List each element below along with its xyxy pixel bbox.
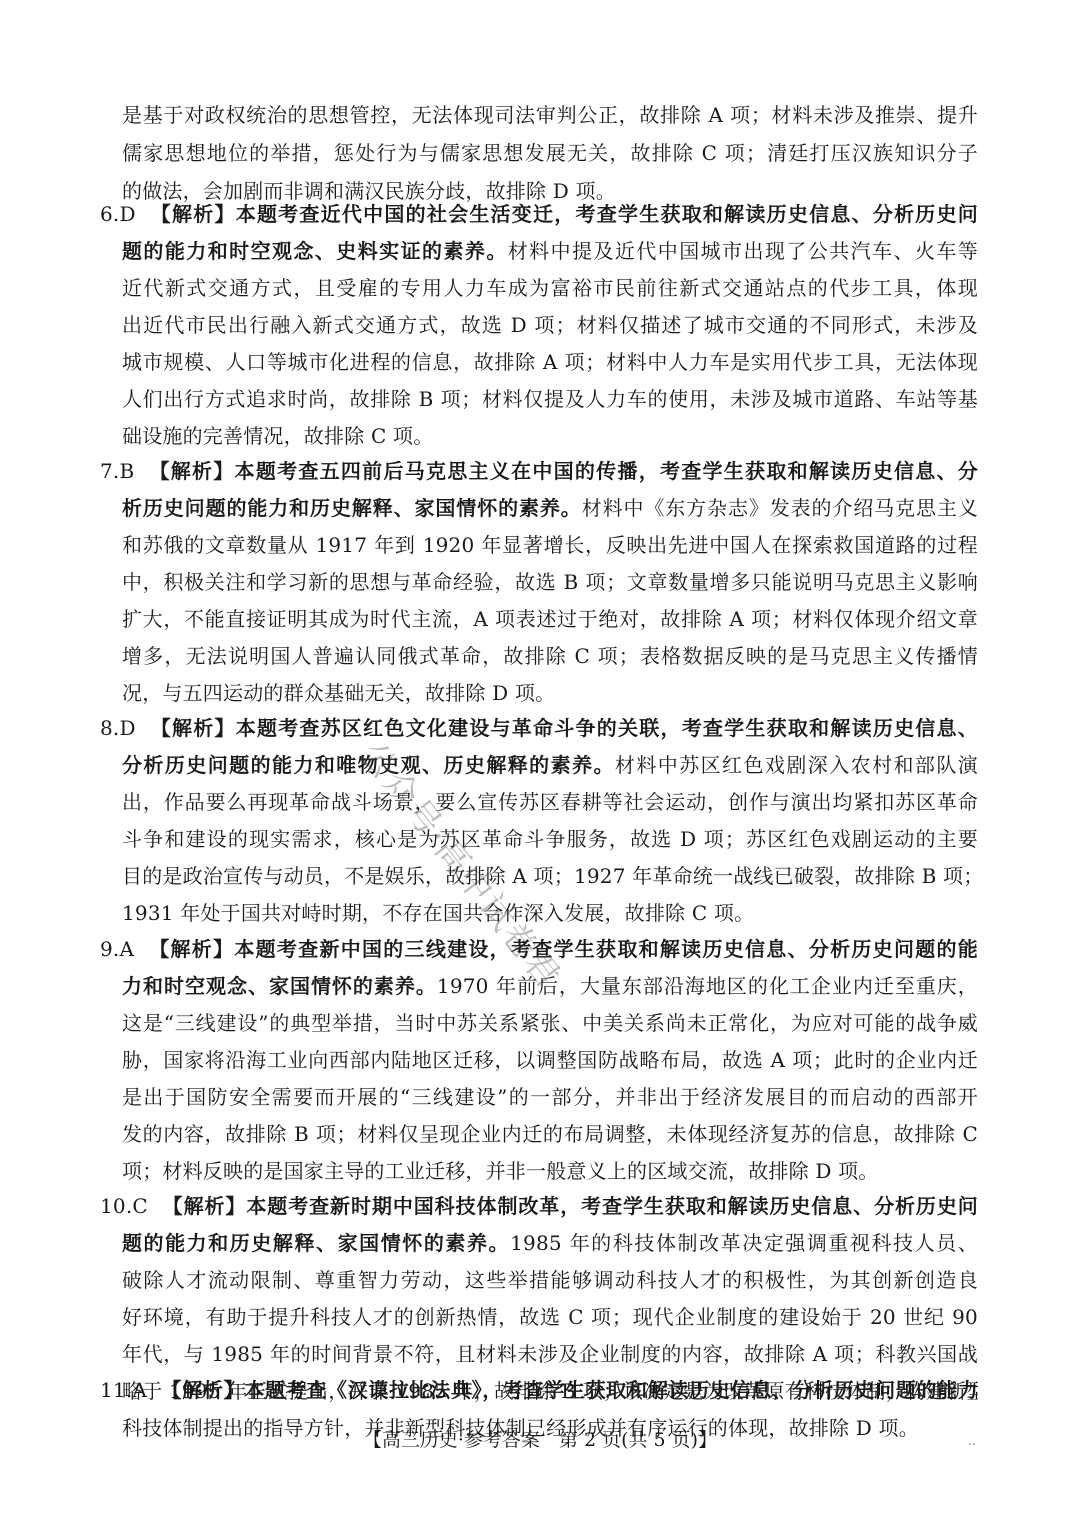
text-line: 中，积极关注和学习新的思想与革命经验，故选 B 项；文章数量增多只能说明马克思主… [122, 570, 978, 596]
text-line: 近代新式交通方式，且受雇的专用人力车成为富裕市民前往新式交通站点的代步工具，体现 [122, 276, 978, 302]
text-line: 力和时空观念、家国情怀的素养。1970 年前后，大量东部沿海地区的化工企业内迁至… [122, 974, 978, 1000]
analysis-text: 1970 年前后，大量东部沿海地区的化工企业内迁至重庆， [437, 974, 978, 998]
text-line: 增多，无法说明国人普遍认同俄式革命，故排除 C 项；表格数据反映的是马克思主义传… [122, 644, 978, 670]
analysis-text: 1985 年的科技体制改革决定强调重视科技人员、 [510, 1231, 978, 1255]
text-line: 发的内容，故排除 B 项；材料仅呈现企业内迁的布局调整，未体现经济复苏的信息，故… [122, 1122, 978, 1148]
answer-item-7-head: 7.B【解析】本题考查五四前后马克思主义在中国的传播，考查学生获取和解读历史信息… [100, 459, 978, 485]
text-line: 好环境，有助于提升科技人才的创新热情，故选 C 项；现代企业制度的建设始于 20… [122, 1305, 978, 1331]
answer-number: 8.D [100, 716, 136, 740]
text-line: 是出于国防安全需要而开展的“三线建设”的一部分，并非出于经济发展目的而启动的西部… [122, 1085, 978, 1111]
analysis-heading-cont: 分析历史问题的能力和唯物史观、历史解释的素养。 [122, 753, 615, 777]
document-page: 是基于对政权统治的思想管控，无法体现司法审判公正，故排除 A 项；材料未涉及推崇… [0, 0, 1080, 1527]
answer-item-11-head: 11.A【解析】本题考查《汉谟拉比法典》，考查学生获取和解读历史信息、分析历史问… [100, 1378, 978, 1404]
analysis-heading: 【解析】本题考查新中国的三线建设，考查学生获取和解读历史信息、分析历史问题的能 [148, 937, 978, 961]
text-line: 题的能力和时空观念、史料实证的素养。材料中提及近代中国城市出现了公共汽车、火车等 [122, 239, 978, 265]
page-footer: 【高三历史·参考答案 第 2 页(共 5 页)】 [0, 1428, 1080, 1452]
text-line: 破除人才流动限制、尊重智力劳动，这些举措能够调动科技人才的积极性，为其创新创造良 [122, 1268, 978, 1294]
text-line: 分析历史问题的能力和唯物史观、历史解释的素养。材料中苏区红色戏剧深入农村和部队演 [122, 753, 978, 779]
analysis-text: 材料中《东方杂志》发表的介绍马克思主义 [582, 496, 978, 520]
text-line: 这是“三线建设”的典型举措，当时中苏关系紧张、中美关系尚未正常化，为应对可能的战… [122, 1011, 978, 1037]
analysis-heading: 【解析】本题考查五四前后马克思主义在中国的传播，考查学生获取和解读历史信息、分 [148, 459, 978, 483]
analysis-heading: 【解析】本题考查《汉谟拉比法典》，考查学生获取和解读历史信息、分析历史问题的能力 [161, 1378, 978, 1402]
text-line: 人们出行方式追求时尚，故排除 B 项；材料仅提及人力车的使用，未涉及城市道路、车… [122, 387, 978, 413]
text-line: 题的能力和历史解释、家国情怀的素养。1985 年的科技体制改革决定强调重视科技人… [122, 1231, 978, 1257]
analysis-heading-cont: 题的能力和时空观念、史料实证的素养。 [122, 239, 508, 263]
answer-number: 11.A [100, 1378, 147, 1402]
answer-number: 9.A [100, 937, 134, 961]
answer-item-8-head: 8.D【解析】本题考查苏区红色文化建设与革命斗争的关联，考查学生获取和解读历史信… [100, 716, 978, 742]
answer-number: 10.C [100, 1194, 148, 1218]
analysis-heading-cont: 力和时空观念、家国情怀的素养。 [122, 974, 437, 998]
analysis-heading: 【解析】本题考查苏区红色文化建设与革命斗争的关联，考查学生获取和解读历史信息、 [150, 716, 978, 740]
text-line: 项；材料反映的是国家主导的工业迁移，并非一般意义上的区域交流，故排除 D 项。 [122, 1159, 978, 1185]
text-line: 析历史问题的能力和历史解释、家国情怀的素养。材料中《东方杂志》发表的介绍马克思主… [122, 496, 978, 522]
analysis-heading: 【解析】本题考查新时期中国科技体制改革，考查学生获取和解读历史信息、分析历史问 [162, 1194, 978, 1218]
answer-number: 6.D [100, 202, 136, 226]
text-line: 况，与五四运动的群众基础无关，故排除 D 项。 [122, 681, 978, 707]
text-line: 出近代市民出行融入新式交通方式，故选 D 项；材料仅描述了城市交通的不同形式，未… [122, 313, 978, 339]
corner-mark: .. [968, 1434, 976, 1448]
text-line: 础设施的完善情况，故排除 C 项。 [122, 424, 978, 450]
answer-item-6-head: 6.D【解析】本题考查近代中国的社会生活变迁，考查学生获取和解读历史信息、分析历… [100, 202, 978, 228]
analysis-heading: 【解析】本题考查近代中国的社会生活变迁，考查学生获取和解读历史信息、分析历史问 [150, 202, 978, 226]
answer-number: 7.B [100, 459, 134, 483]
text-line: 年代，与 1985 年的时间背景不符，且材料未涉及企业制度的内容，故排除 A 项… [122, 1342, 978, 1368]
text-line: 斗争和建设的现实需求，核心是为苏区革命斗争服务，故选 D 项；苏区红色戏剧运动的… [122, 827, 978, 853]
analysis-text: 材料中提及近代中国城市出现了公共汽车、火车等 [508, 239, 978, 263]
text-line: 儒家思想地位的举措，惩处行为与儒家思想发展无关，故排除 C 项；清廷打压汉族知识… [122, 141, 978, 167]
analysis-heading-cont: 析历史问题的能力和历史解释、家国情怀的素养。 [122, 496, 582, 520]
analysis-heading-cont: 题的能力和历史解释、家国情怀的素养。 [122, 1231, 510, 1255]
text-line: 城市规模、人口等城市化进程的信息，故排除 A 项；材料中人力车是实用代步工具，无… [122, 350, 978, 376]
text-line: 胁，国家将沿海工业向西部内陆地区迁移，以调整国防战略布局，故选 A 项；此时的企… [122, 1048, 978, 1074]
text-line: 是基于对政权统治的思想管控，无法体现司法审判公正，故排除 A 项；材料未涉及推崇… [122, 103, 978, 129]
answer-item-10-head: 10.C【解析】本题考查新时期中国科技体制改革，考查学生获取和解读历史信息、分析… [100, 1194, 978, 1220]
text-line: 出，作品要么再现革命战斗场景，要么宣传苏区春耕等社会运动，创作与演出均紧扣苏区革… [122, 790, 978, 816]
text-line: 目的是政治宣传与动员，不是娱乐，故排除 A 项；1927 年革命统一战线已破裂，… [122, 864, 978, 890]
analysis-text: 材料中苏区红色戏剧深入农村和部队演 [615, 753, 978, 777]
text-line: 扩大，不能直接证明其成为时代主流，A 项表述过于绝对，故排除 A 项；材料仅体现… [122, 607, 978, 633]
text-line: 和苏俄的文章数量从 1917 年到 1920 年显著增长，反映出先进中国人在探索… [122, 533, 978, 559]
answer-item-9-head: 9.A【解析】本题考查新中国的三线建设，考查学生获取和解读历史信息、分析历史问题… [100, 937, 978, 963]
text-line: 1931 年处于国共对峙时期，不存在国共合作深入发展，故排除 C 项。 [122, 901, 978, 927]
